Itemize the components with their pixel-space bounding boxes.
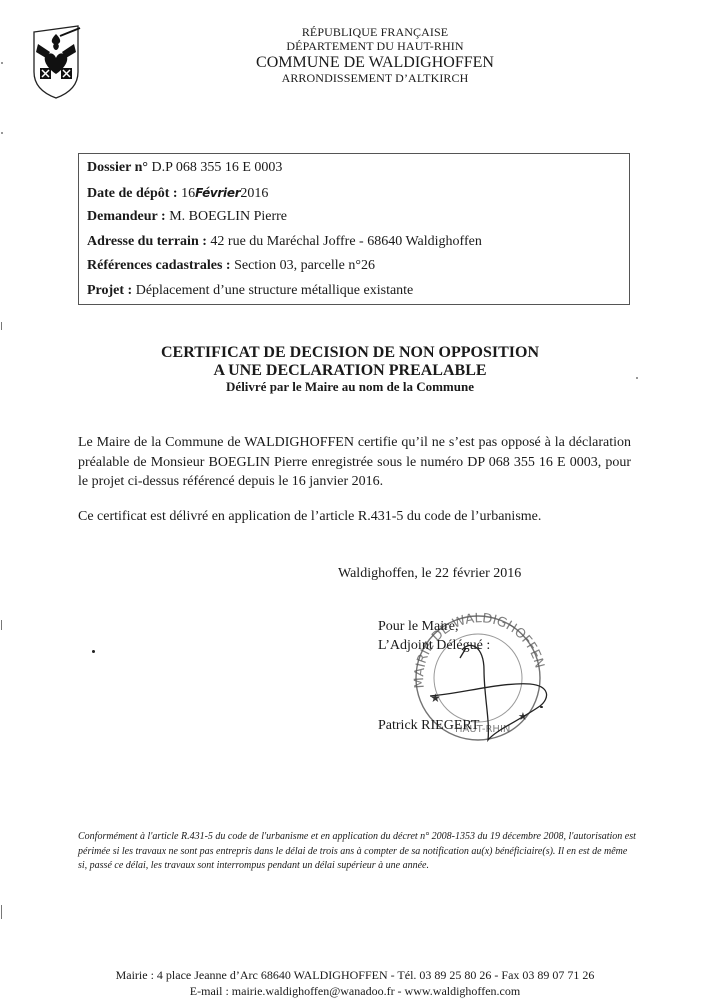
dossier-number-row: Dossier n° D.P 068 355 16 E 0003 [87,156,621,181]
letterhead: RÉPUBLIQUE FRANÇAISE DÉPARTEMENT DU HAUT… [220,26,530,86]
dossier-number-label: Dossier n° [87,160,148,175]
arrondissement-name: ARRONDISSEMENT D’ALTKIRCH [220,72,530,86]
dossier-number-value: D.P 068 355 16 E 0003 [151,160,282,175]
title-line-2: A UNE DECLARATION PREALABLE [100,362,600,380]
land-address-value: 42 rue du Maréchal Joffre - 68640 Waldig… [210,234,481,249]
footer-contact: Mairie : 4 place Jeanne d’Arc 68640 WALD… [70,967,640,999]
cadastral-references-label: Références cadastrales : [87,258,231,273]
deputy-role-label: L’Adjoint Délégué : [378,636,490,655]
title-line-1: CERTIFICAT DE DECISION DE NON OPPOSITION [100,344,600,362]
signatory-title: Pour le Maire, L’Adjoint Délégué : [378,617,490,655]
for-mayor-label: Pour le Maire, [378,617,490,636]
deposit-date-label: Date de dépôt : [87,186,178,201]
department-name: DÉPARTEMENT DU HAUT-RHIN [220,40,530,54]
certificate-title: CERTIFICAT DE DECISION DE NON OPPOSITION… [100,344,600,394]
project-value: Déplacement d’une structure métallique e… [136,283,414,298]
place-and-date: Waldighoffen, le 22 février 2016 [338,566,521,582]
footer-email-line: E-mail : mairie.waldighoffen@wanadoo.fr … [70,983,640,999]
certificate-body: Le Maire de la Commune de WALDIGHOFFEN c… [78,433,631,526]
applicant-row: Demandeur : M. BOEGLIN Pierre [87,205,621,230]
legal-notice: Conformément à l'article R.431-5 du code… [78,830,638,874]
project-label: Projet : [87,283,132,298]
dossier-info-box: Dossier n° D.P 068 355 16 E 0003 Date de… [78,153,630,305]
land-address-label: Adresse du terrain : [87,234,207,249]
signatory-name: Patrick RIEGERT [378,718,479,734]
commune-name: COMMUNE DE WALDIGHOFFEN [220,54,530,72]
applicant-label: Demandeur : [87,209,166,224]
deposit-date-month-handwritten: Février [195,186,240,200]
title-subtitle: Délivré par le Maire au nom de la Commun… [100,380,600,394]
cadastral-references-value: Section 03, parcelle n°26 [234,258,375,273]
cadastral-references-row: Références cadastrales : Section 03, par… [87,254,621,279]
republic-name: RÉPUBLIQUE FRANÇAISE [220,26,530,40]
footer-address-line: Mairie : 4 place Jeanne d’Arc 68640 WALD… [70,967,640,983]
svg-text:★: ★ [430,691,441,705]
applicant-value: M. BOEGLIN Pierre [169,209,287,224]
project-row: Projet : Déplacement d’une structure mét… [87,279,621,304]
deposit-date-row: Date de dépôt : 16Février2016 [87,181,621,206]
body-paragraph-2: Ce certificat est délivré en application… [78,507,631,527]
land-address-row: Adresse du terrain : 42 rue du Maréchal … [87,230,621,255]
deposit-date-year: 2016 [240,186,268,201]
body-paragraph-1: Le Maire de la Commune de WALDIGHOFFEN c… [78,433,631,492]
coat-of-arms-icon [30,22,82,100]
deposit-date-day: 16 [181,186,195,201]
